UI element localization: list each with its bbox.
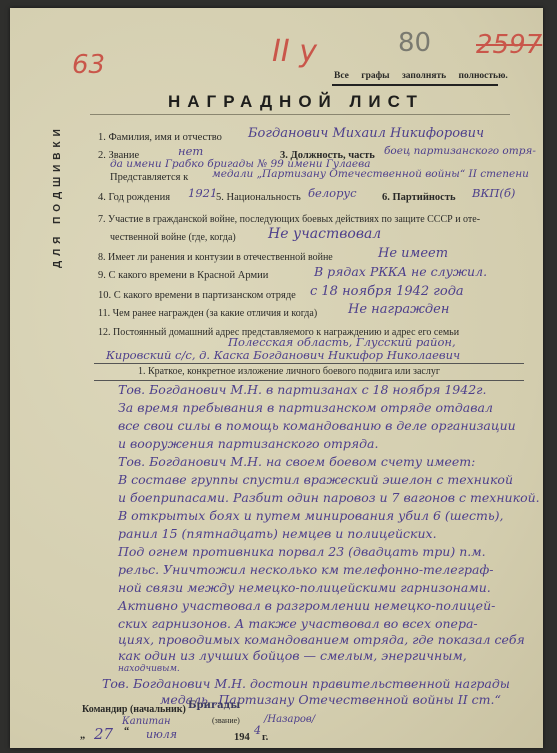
award-sheet-page: 63 II у 80 2597 Все графы заполнять полн… [10, 8, 543, 748]
narrative-recommendation: Тов. Богданович М.Н. достоин правительст… [102, 676, 522, 691]
side-label-binding: ДЛЯ ПОДШИВКИ [52, 124, 63, 268]
field-12-value-line-2: Кировский с/с, д. Каска Богданович Никиф… [106, 348, 460, 362]
commander-label: Командир (начальник) [82, 704, 186, 715]
field-7-label-continued: чественной войне (где, когда) [110, 232, 236, 243]
narrative-line: ной связи между немецко-полицейскими гар… [118, 580, 538, 595]
narrative-line: В составе группы спустил вражеский эшело… [118, 472, 538, 487]
section-1-label: 1. Краткое, конкретное изложение личного… [138, 366, 440, 377]
narrative-line: циях, проводимых командованием отряда, г… [118, 632, 538, 647]
narrative-line: все свои силы в помощь командованию в де… [118, 418, 538, 433]
field-9-value: В рядах РККА не служил. [314, 264, 487, 279]
narrative-line: Тов. Богданович М.Н. на своем боевом сче… [118, 454, 538, 469]
field-7-value: Не участвовал [268, 226, 381, 242]
field-5-value: белорус [308, 186, 357, 200]
date-year-suffix: г. [262, 732, 268, 743]
field-6-label: 6. Партийность [382, 192, 456, 203]
narrative-line: ранил 15 (пятнадцать) немцев и полицейск… [118, 526, 538, 541]
title-rule [90, 114, 510, 115]
field-5-label: 5. Национальность [216, 192, 301, 203]
narrative-line: как один из лучших бойцов — смелым, энер… [118, 648, 538, 663]
field-11-value: Не награжден [348, 302, 449, 317]
narrative-line: находчивым. [118, 664, 538, 674]
narrative-line: рельс. Уничтожил несколько км телефонно-… [118, 562, 538, 577]
narrative-line: Активно участвовал в разгромлении немецк… [118, 598, 538, 613]
header-note: Все графы заполнять полностью. [334, 71, 508, 81]
field-7-label: 7. Участие в гражданской войне, последую… [98, 214, 480, 225]
commander-rank: Капитан [122, 716, 171, 727]
narrative-line: В открытых боях и путем минирования убил… [118, 508, 538, 523]
field-12-value-line-1: Полесская область, Глусский район, [228, 335, 456, 349]
narrative-line: Тов. Богданович М.Н. в партизанах с 18 н… [118, 382, 538, 397]
field-1-value: Богданович Михаил Никифорович [248, 126, 484, 141]
commander-unit-signature: Бригады [188, 700, 240, 711]
field-4-label: 4. Год рождения [98, 192, 170, 203]
commander-name: /Назаров/ [264, 714, 315, 725]
red-pencil-number-left: 63 [72, 50, 105, 80]
field-11-label: 11. Чем ранее награжден (за какие отличи… [98, 308, 317, 319]
date-month: июля [146, 728, 177, 741]
date-close-quote: “ [124, 726, 129, 737]
field-4-value: 1921 [188, 186, 217, 200]
field-8-label: 8. Имеет ли ранения и контузии в отечест… [98, 252, 333, 263]
presented-label: Представляется к [110, 172, 188, 183]
field-3-value: боец партизанского отря- [384, 145, 536, 157]
field-10-value: с 18 ноября 1942 года [310, 284, 464, 299]
field-9-label: 9. С какого времени в Красной Армии [98, 270, 268, 281]
red-crossed-number: 2597 [476, 30, 542, 60]
header-note-underline [332, 84, 498, 86]
field-12-rule [94, 363, 524, 364]
field-2-value: нет [178, 144, 203, 158]
date-day: 27 [94, 725, 113, 743]
narrative-line: и вооружения партизанского отряда. [118, 436, 538, 451]
red-pencil-mark-center: II у [272, 34, 317, 69]
narrative-line: и боеприпасами. Разбит один паровоз и 7 … [118, 490, 538, 505]
presented-value: медали „Партизану Отечественной войны“ I… [212, 168, 529, 180]
date-year-digit: 4 [254, 724, 261, 737]
narrative-line: За время пребывания в партизанском отряд… [118, 400, 538, 415]
field-1-label: 1. Фамилия, имя и отчество [98, 132, 222, 143]
field-8-value: Не имеет [378, 246, 448, 261]
date-open-quote: „ [80, 730, 85, 741]
narrative-line: ских гарнизонов. А также участвовал во в… [118, 616, 538, 631]
section-1-rule [94, 380, 524, 381]
rank-caption: (звание) [212, 716, 240, 725]
pencil-number: 80 [398, 28, 431, 58]
page-title: НАГРАДНОЙ ЛИСТ [168, 92, 424, 112]
field-6-value: ВКП(б) [472, 186, 515, 200]
narrative-line: Под огнем противника порвал 23 (двадцать… [118, 544, 538, 559]
field-10-label: 10. С какого времени в партизанском отря… [98, 290, 296, 301]
date-year-prefix: 194 [234, 732, 250, 743]
